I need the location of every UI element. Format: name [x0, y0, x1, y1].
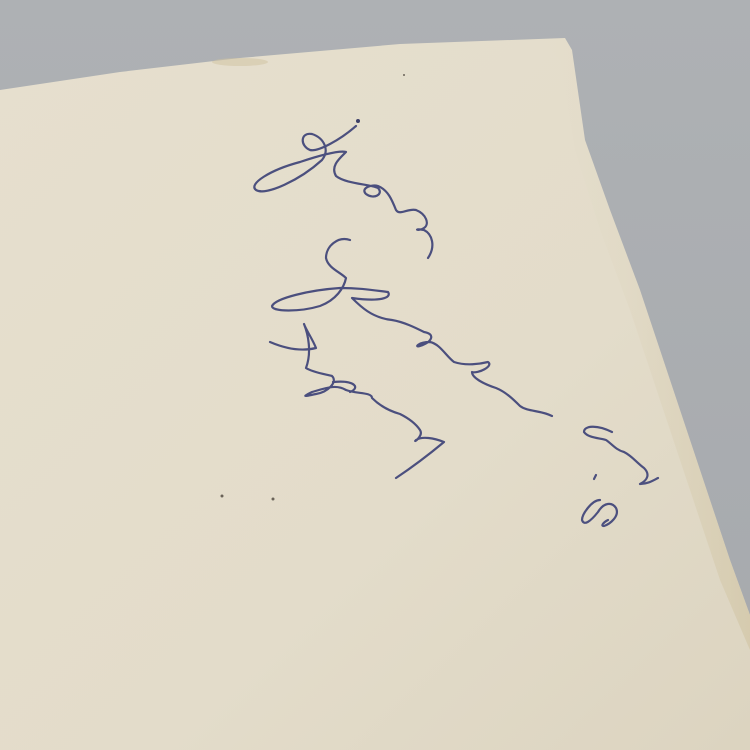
paper-illustration: [0, 0, 750, 750]
paper-page: [0, 0, 750, 750]
paper-sheet: [0, 38, 750, 750]
